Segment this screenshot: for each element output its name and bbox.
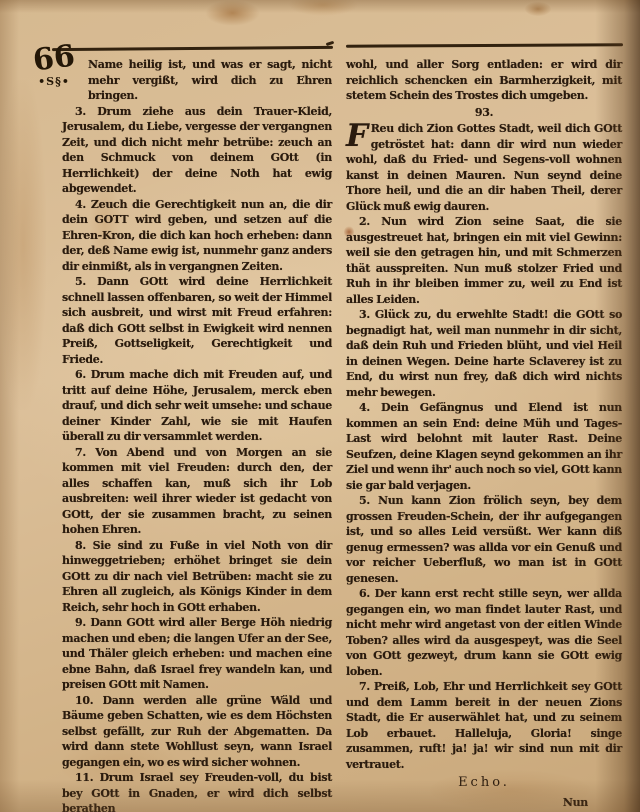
verse-paragraph: Name heilig ist, und was er sagt, nicht … (62, 57, 332, 104)
verse-paragraph: 9. Dann GOtt wird aller Berge Höh niedri… (62, 615, 332, 693)
verse-paragraph: 10. Dann werden alle grüne Wäld und Bäum… (62, 693, 332, 771)
verse-paragraph: 5. Nun kann Zion frölich seyn, bey dem g… (346, 493, 622, 586)
verse-paragraph: 6. Drum mache dich mit Freuden auf, und … (62, 367, 332, 445)
verse-paragraph: 4. Zeuch die Gerechtigkeit nun an, die d… (62, 197, 332, 275)
hymn-number: 93. (346, 105, 622, 121)
verse-paragraph: 6. Der kann erst recht stille seyn, wer … (346, 586, 622, 679)
verse-paragraph: 4. Dein Gefängnus und Elend ist nun komm… (346, 400, 622, 493)
verse-paragraph: 3. Drum ziehe aus dein Trauer-Kleid, Jer… (62, 104, 332, 197)
book-page: 66 •S§• Name heilig ist, und was er sagt… (0, 0, 640, 812)
verse-paragraph: 7. Von Abend und von Morgen an sie komme… (62, 445, 332, 538)
header-rule-left-column (52, 46, 333, 51)
verse-paragraph: 5. Dann GOtt wird deine Herrlichkeit sch… (62, 274, 332, 367)
dropcap-initial: F (346, 121, 371, 149)
paper-stain (0, 80, 46, 410)
verse-paragraph: 3. Glück zu, du erwehlte Stadt! die GOtt… (346, 307, 622, 400)
paper-stain (205, 0, 260, 26)
paper-stain (525, 2, 551, 16)
verse-paragraph-dropcap: FReu dich Zion Gottes Stadt, weil dich G… (346, 121, 622, 214)
left-column: Name heilig ist, und was er sagt, nicht … (62, 57, 332, 812)
verse-paragraph: 7. Preiß, Lob, Ehr und Herrlichkeit sey … (346, 679, 622, 772)
verse-text: Reu dich Zion Gottes Stadt, weil dich GO… (346, 122, 622, 213)
right-column: wohl, und aller Sorg entladen: er wird d… (346, 57, 622, 810)
verse-paragraph: wohl, und aller Sorg entladen: er wird d… (346, 57, 622, 104)
header-rule-right-column (346, 43, 623, 47)
folio-spacer (62, 57, 88, 90)
verse-paragraph: 11. Drum Israel sey Freuden-voll, du bis… (62, 770, 332, 812)
paper-stain (288, 0, 358, 16)
catchword: Nun (346, 795, 622, 811)
verse-paragraph: 8. Sie sind zu Fuße in viel Noth von dir… (62, 538, 332, 616)
verse-text: Name heilig ist, und was er sagt, nicht … (88, 58, 332, 102)
echo-label: Echo. (346, 775, 622, 791)
verse-paragraph: 2. Nun wird Zion seine Saat, die sie aus… (346, 214, 622, 307)
